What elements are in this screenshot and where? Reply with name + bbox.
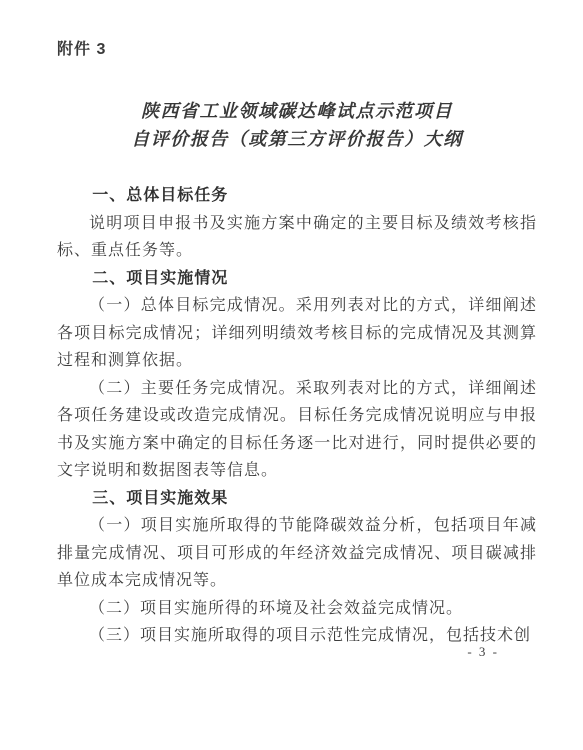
paragraph: 说明项目申报书及实施方案中确定的主要目标及绩效考核指标、重点任务等。 [57, 210, 537, 265]
paragraph: （二）主要任务完成情况。采取列表对比的方式，详细阐述各项任务建设或改造完成情况。… [57, 375, 537, 485]
document-title: 陕西省工业领域碳达峰试点示范项目 自评价报告（或第三方评价报告）大纲 [57, 97, 537, 153]
paragraph: （二）项目实施所得的环境及社会效益完成情况。 [57, 595, 537, 623]
document-title-line-2: 自评价报告（或第三方评价报告）大纲 [57, 125, 537, 153]
document-page: 附件 3 陕西省工业领域碳达峰试点示范项目 自评价报告（或第三方评价报告）大纲 … [0, 0, 583, 750]
attachment-label: 附件 3 [57, 0, 537, 60]
section-heading-1: 一、总体目标任务 [57, 182, 537, 210]
paragraph: （三）项目实施所取得的项目示范性完成情况，包括技术创 [57, 622, 537, 650]
paragraph: （一）总体目标完成情况。采用列表对比的方式，详细阐述各项目标完成情况；详细列明绩… [57, 292, 537, 375]
paragraph: （一）项目实施所取得的节能降碳效益分析，包括项目年减排量完成情况、项目可形成的年… [57, 512, 537, 595]
section-heading-2: 二、项目实施情况 [57, 265, 537, 293]
document-body: 一、总体目标任务 说明项目申报书及实施方案中确定的主要目标及绩效考核指标、重点任… [57, 182, 537, 650]
document-title-line-1: 陕西省工业领域碳达峰试点示范项目 [57, 97, 537, 125]
section-heading-3: 三、项目实施效果 [57, 485, 537, 513]
page-number: - 3 - [467, 644, 499, 660]
